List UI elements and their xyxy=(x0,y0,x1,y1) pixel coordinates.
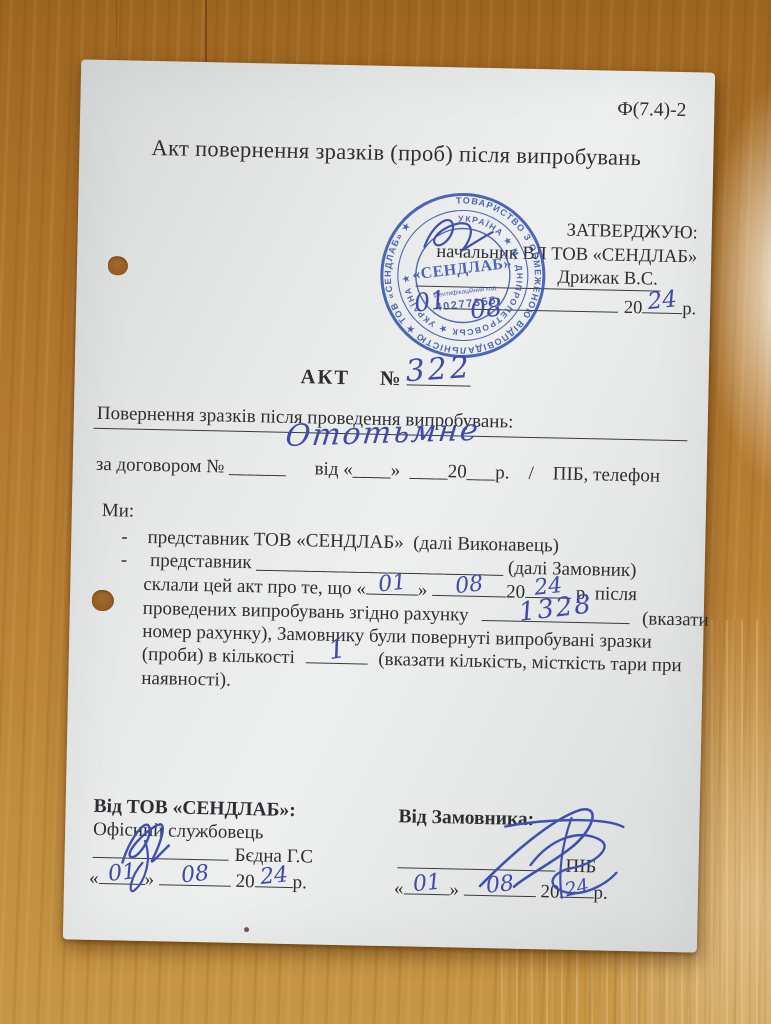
approval-year-prefix: 20 xyxy=(624,298,643,318)
act-number-line: АКТ№322 xyxy=(300,365,470,393)
executor-signature xyxy=(112,802,224,896)
handwritten-approval-month: 08 xyxy=(469,292,504,325)
handwritten-sign-left-year: 24 xyxy=(258,862,289,891)
quote-open: « xyxy=(89,868,99,889)
body-line-5: наявності). xyxy=(141,668,231,693)
handwritten-request-entry: Ототьмне xyxy=(284,413,482,455)
approver-name: Дрижак В.С. xyxy=(557,267,658,289)
quote-open: « xyxy=(394,878,404,899)
party-item-customer-pre: представник xyxy=(150,550,252,573)
body-l4-pre: (проби) в кількості xyxy=(142,644,295,668)
approver-signature xyxy=(412,204,508,268)
form-code: Ф(7.4)-2 xyxy=(617,98,686,123)
bullet-dash: - xyxy=(121,526,128,547)
wood-grain-line xyxy=(116,0,117,46)
body-l2-post: (вказати xyxy=(642,608,709,630)
month-blank: 08 xyxy=(432,581,506,598)
party-item-customer-post: (далі Замовник) xyxy=(503,557,637,581)
sign-left-date-suffix: р. xyxy=(292,872,307,893)
we-label: Ми: xyxy=(102,500,135,523)
bullet-dash: - xyxy=(121,549,128,570)
act-word: АКТ xyxy=(300,366,350,389)
quantity-blank: 1 xyxy=(305,648,367,664)
wood-plank-seam xyxy=(205,0,207,64)
handwritten-month: 08 xyxy=(454,571,485,600)
document-title: Акт повернення зразків (проб) після випр… xyxy=(79,132,713,172)
act-no-sign: № xyxy=(380,368,401,390)
customer-signature xyxy=(452,797,639,906)
handwritten-approval-day: 01 xyxy=(412,285,448,319)
punch-hole xyxy=(92,590,114,611)
approval-year-blank: 24 xyxy=(642,298,682,314)
day-blank: 01 xyxy=(366,580,418,596)
handwritten-approval-year: 24 xyxy=(646,287,678,317)
sign-right-day-blank: 01 xyxy=(403,879,449,895)
act-number-blank: 322 xyxy=(406,370,470,386)
document-page: Ф(7.4)-2 Акт повернення зразків (проб) п… xyxy=(63,59,715,952)
handwritten-act-number: 322 xyxy=(405,350,474,390)
handwritten-day: 01 xyxy=(377,569,408,598)
body-l1-pre: склали цей акт про те, що « xyxy=(143,574,366,600)
invoice-blank: 1328 xyxy=(481,606,629,624)
punch-hole xyxy=(108,256,128,275)
contract-line: за договором № ______ від «____» ____20_… xyxy=(96,454,661,489)
approval-date-suffix: р. xyxy=(682,299,696,319)
approve-label: ЗАТВЕРДЖУЮ: xyxy=(567,220,698,245)
sign-left-year-blank: 24 xyxy=(254,872,292,888)
handwritten-sign-right-day: 01 xyxy=(411,869,442,898)
ink-speck xyxy=(244,927,249,932)
sign-left-year-prefix: 20 xyxy=(235,871,254,892)
body-l1-mid: » xyxy=(418,580,428,601)
